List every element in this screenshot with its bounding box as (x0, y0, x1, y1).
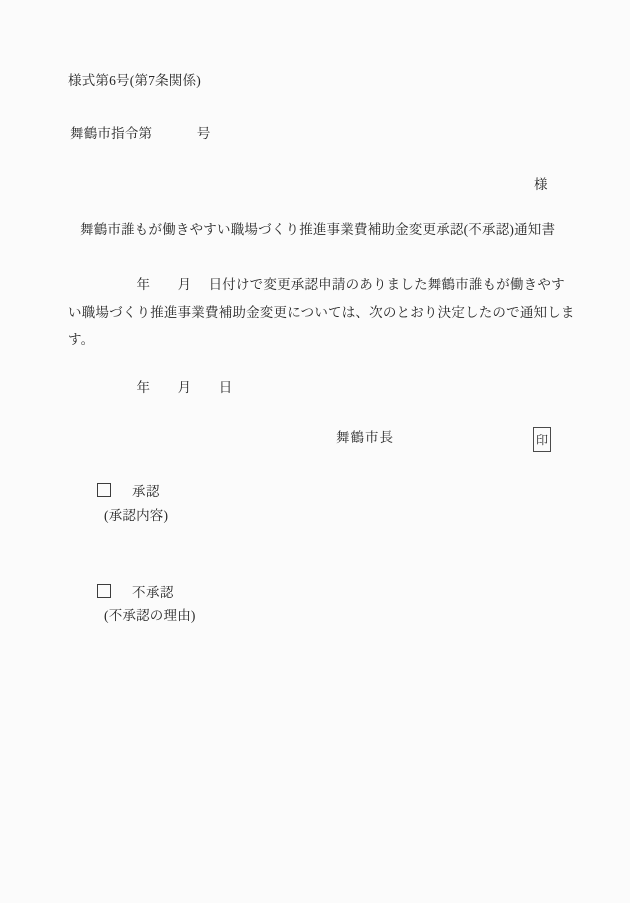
body-paragraph: 年 月 日付けで変更承認申請のありました舞鶴市誰もが働きやす い職場づくり推進事… (68, 271, 573, 354)
approval-option-row: 承認 (97, 480, 160, 500)
body-line-2: い職場づくり推進事業費補助金変更については、次のとおり決定したので通知しま (68, 299, 573, 327)
document-title: 舞鶴市誰もが働きやすい職場づくり推進事業費補助金変更承認(不承認)通知書 (80, 220, 555, 240)
issue-date-blank: 年 月 日 (68, 378, 232, 398)
body-line-3: す。 (68, 326, 573, 354)
body-line-1: 年 月 日付けで変更承認申請のありました舞鶴市誰もが働きやす (68, 271, 573, 299)
disapproval-checkbox-icon (97, 584, 111, 598)
form-number: 様式第6号(第7条関係) (68, 71, 201, 91)
addressee-honorific: 様 (534, 175, 548, 195)
disapproval-option-row: 不承認 (97, 581, 174, 601)
disapproval-option-label: 不承認 (132, 581, 174, 601)
approval-option-label: 承認 (132, 480, 160, 500)
disapproval-note-label: (不承認の理由) (104, 606, 196, 626)
seal-icon: 印 (536, 434, 548, 446)
seal-stamp-box: 印 (533, 427, 551, 452)
approval-note-label: (承認内容) (104, 506, 168, 526)
directive-number-line: 舞鶴市指令第 号 (70, 124, 211, 144)
approval-checkbox-icon (97, 483, 111, 497)
document-page: 様式第6号(第7条関係) 舞鶴市指令第 号 様 舞鶴市誰もが働きやすい職場づくり… (0, 0, 630, 903)
signer-title: 舞鶴市長 (336, 428, 394, 448)
